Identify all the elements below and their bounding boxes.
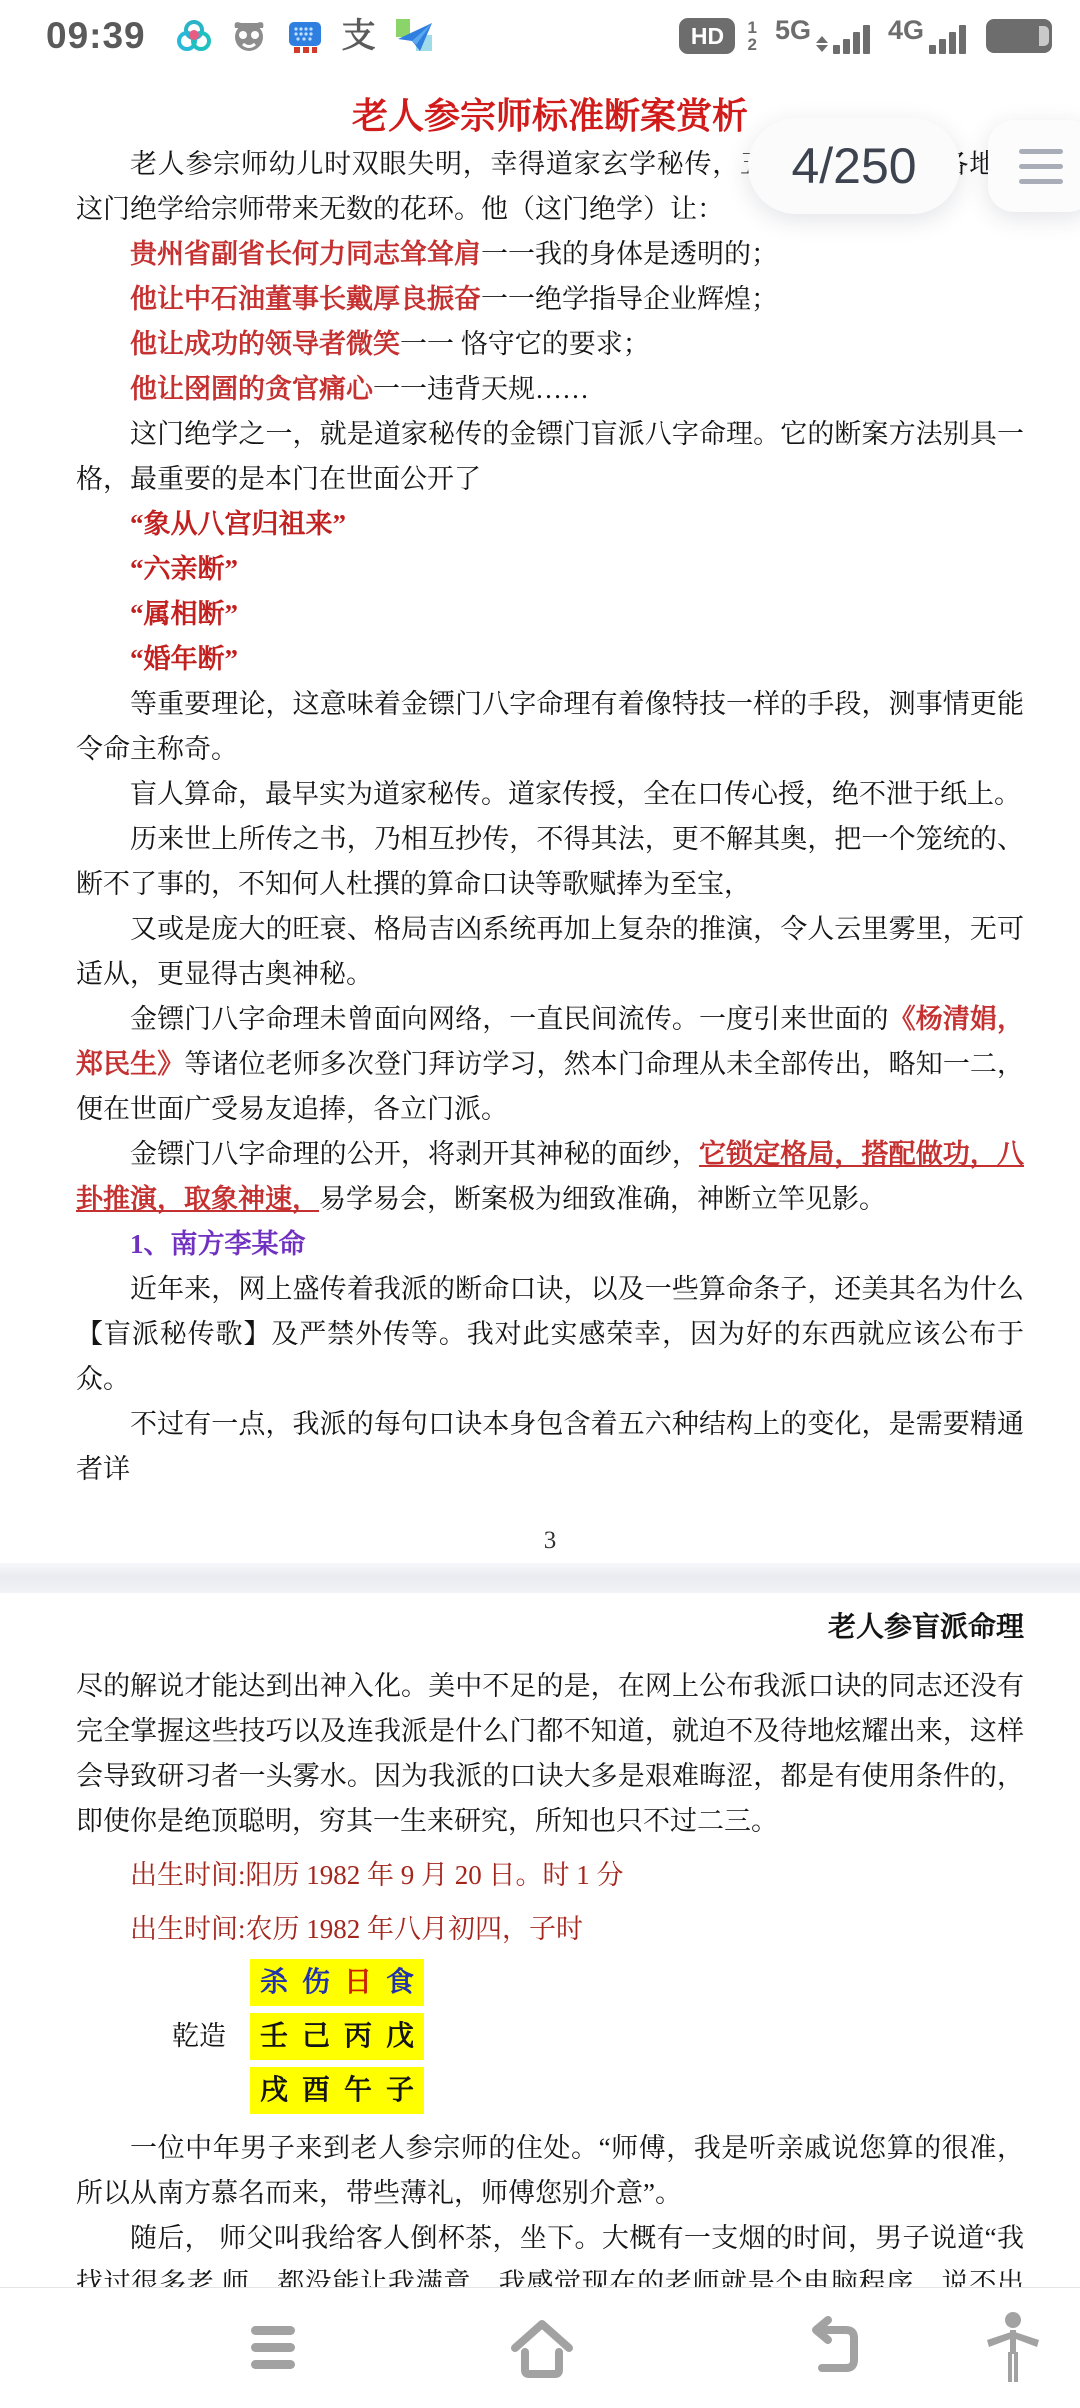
theory-quote: “婚年断” <box>76 637 1024 682</box>
red-bullet-line: 他让囹圄的贪官痛心一一违背天规…… <box>76 367 1024 412</box>
stem-cell: 丙 <box>344 2014 372 2059</box>
mascot-face-icon <box>230 18 268 54</box>
bazi-stem-cells: 壬 己 丙 戊 <box>250 2013 424 2060</box>
paragraph: 随后， 师父叫我给客人倒杯茶，坐下。大概有一支烟的时间，男子说道“我找过很多老 … <box>76 2216 1024 2288</box>
paragraph: 历来世上所传之书，乃相互抄传，不得其法，更不解其奥，把一个笼统的、断不了事的，不… <box>76 817 1024 907</box>
hamburger-icon <box>1019 149 1063 154</box>
paragraph: 一位中年男子来到老人参宗师的住处。“师傅，我是听亲戚说您算的很准，所以从南方慕名… <box>76 2126 1024 2216</box>
hd-badge: HD <box>679 18 735 54</box>
back-button[interactable] <box>794 2312 866 2384</box>
paragraph: 金镖门八字命理未曾面向网络，一直民间流传。一度引来世面的《杨清娟，郑民生》等诸位… <box>76 997 1024 1132</box>
running-header: 老人参盲派命理 <box>76 1605 1024 1650</box>
bullet-rest: 一一违背天规…… <box>373 374 589 404</box>
section-heading: 1、南方李某命 <box>76 1222 1024 1267</box>
stem-cell: 戊 <box>386 2014 414 2059</box>
qianzao-label: 乾造 <box>172 2014 250 2059</box>
data-arrows-icon <box>816 36 828 52</box>
reader-mode-person-button[interactable] <box>983 2310 1043 2386</box>
bazi-gods-cells: 杀 伤 日 食 <box>250 1959 424 2006</box>
bullet-rest: 一一我的身体是透明的； <box>481 239 778 269</box>
menu-button[interactable] <box>237 2312 309 2384</box>
alipay-icon: 支 <box>342 18 376 54</box>
red-lead: 他让中石油董事长戴厚良振奋 <box>130 284 481 314</box>
bazi-branch-cells: 戌 酉 午 子 <box>250 2067 424 2114</box>
god-cell: 杀 <box>260 1960 288 2005</box>
stem-cell: 己 <box>302 2014 330 2059</box>
signal-4g: 4G <box>888 18 966 54</box>
sim2-label: 2 <box>747 36 756 53</box>
branch-cell: 戌 <box>260 2068 288 2113</box>
branch-cell: 酉 <box>302 2068 330 2113</box>
red-lead: 他让成功的领导者微笑 <box>130 329 400 359</box>
paragraph: 又或是庞大的旺衰、格局吉凶系统再加上复杂的推演，令人云里雾里，无可适从，更显得古… <box>76 907 1024 997</box>
bazi-branches-row: 戌 酉 午 子 <box>76 2067 1024 2114</box>
document-page-3: 老人参宗师标准断案赏析 老人参宗师幼儿时双眼失明，幸得道家玄学秘传，五十多 云游… <box>0 62 1080 1563</box>
battery-icon <box>986 19 1052 53</box>
stem-cell: 壬 <box>260 2014 288 2059</box>
network-5g-label: 5G <box>775 18 811 42</box>
paragraph: 尽的解说才能达到出神入化。美中不足的是，在网上公布我派口诀的同志还没有 完全掌握… <box>76 1664 1024 1844</box>
bullet-rest: 一一 恪守它的要求； <box>400 329 650 359</box>
god-cell: 食 <box>386 1960 414 2005</box>
reader-menu-button[interactable] <box>988 120 1080 212</box>
page-separator <box>0 1563 1080 1593</box>
stock-board-icon <box>286 17 324 55</box>
red-bullet-line: 他让成功的领导者微笑一一 恪守它的要求； <box>76 322 1024 367</box>
text-segment: 等诸位老师多次登门拜访学习，然本门命理从未全部传出，略知一二，便在世面广受易友追… <box>76 1049 1024 1124</box>
branch-cell: 午 <box>344 2068 372 2113</box>
theory-quote: “属相断” <box>76 592 1024 637</box>
clock: 09:39 <box>46 15 146 57</box>
knot-app-icon <box>176 18 212 54</box>
red-bullet-line: 贵州省副省长何力同志耸耸肩一一我的身体是透明的； <box>76 232 1024 277</box>
paragraph: 不过有一点，我派的每句口诀本身包含着五六种结构上的变化，是需要精通者详 <box>76 1402 1024 1492</box>
red-bullet-line: 他让中石油董事长戴厚良振奋一一绝学指导企业辉煌； <box>76 277 1024 322</box>
bullet-rest: 一一绝学指导企业辉煌； <box>481 284 778 314</box>
paragraph: 盲人算命，最早实为道家秘传。道家传授，全在口传心授，绝不泄于纸上。 <box>76 772 1024 817</box>
bazi-gods-row: 杀 伤 日 食 <box>76 1959 1024 2006</box>
theory-quote: “象从八宫归祖来” <box>76 502 1024 547</box>
god-cell: 伤 <box>302 1960 330 2005</box>
sim-slot-numbers: 1 2 <box>747 19 756 53</box>
reader-page-area[interactable]: 老人参宗师标准断案赏析 老人参宗师幼儿时双眼失明，幸得道家玄学秘传，五十多 云游… <box>0 62 1080 2288</box>
bazi-stems-row: 乾造 壬 己 丙 戊 <box>76 2013 1024 2060</box>
text-segment: 金镖门八字命理未曾面向网络，一直民间流传。一度引来世面的 <box>130 1004 889 1034</box>
paragraph: 近年来，网上盛传着我派的断命口诀，以及一些算命条子，还美其名为什么 【盲派秘传歌… <box>76 1267 1024 1402</box>
branch-cell: 子 <box>386 2068 414 2113</box>
text-segment: 易学易会，断案极为细致准确，神断立竿见影。 <box>319 1184 886 1214</box>
paper-plane-icon <box>394 17 434 55</box>
page-indicator: 4/250 <box>748 118 960 214</box>
red-lead: 他让囹圄的贪官痛心 <box>130 374 373 404</box>
document-page-4: 老人参盲派命理 尽的解说才能达到出神入化。美中不足的是，在网上公布我派口诀的同志… <box>0 1593 1080 2288</box>
home-button[interactable] <box>503 2312 581 2384</box>
network-4g-label: 4G <box>888 18 924 42</box>
page-number: 3 <box>76 1518 1024 1563</box>
signal-bars-icon <box>833 24 870 54</box>
status-bar: 09:39 支 HD 1 2 5G 4G <box>0 0 1080 62</box>
paragraph: 这门绝学之一，就是道家秘传的金镖门盲派八字命理。它的断案方法别具一格，最重要的是… <box>76 412 1024 502</box>
birth-time-solar: 出生时间:阳历 1982 年 9 月 20 日。时 1 分 <box>76 1853 1024 1898</box>
paragraph: 金镖门八字命理的公开，将剥开其神秘的面纱，它锁定格局，搭配做功，八卦推演，取象神… <box>76 1132 1024 1222</box>
sim1-label: 1 <box>747 19 756 36</box>
signal-bars-icon <box>929 24 966 54</box>
theory-quote: “六亲断” <box>76 547 1024 592</box>
red-lead: 贵州省副省长何力同志耸耸肩 <box>130 239 481 269</box>
notification-icons: 支 <box>176 17 434 55</box>
god-cell: 日 <box>344 1960 372 2005</box>
text-segment: 金镖门八字命理的公开，将剥开其神秘的面纱， <box>130 1139 699 1169</box>
status-right-cluster: HD 1 2 5G 4G <box>679 18 1052 54</box>
birth-time-lunar: 出生时间:农历 1982 年八月初四，子时 <box>76 1907 1024 1952</box>
paragraph: 等重要理论，这意味着金镖门八字命理有着像特技一样的手段，测事情更能令命主称奇。 <box>76 682 1024 772</box>
system-navigation-bar <box>0 2287 1080 2408</box>
signal-5g: 5G <box>775 18 870 54</box>
